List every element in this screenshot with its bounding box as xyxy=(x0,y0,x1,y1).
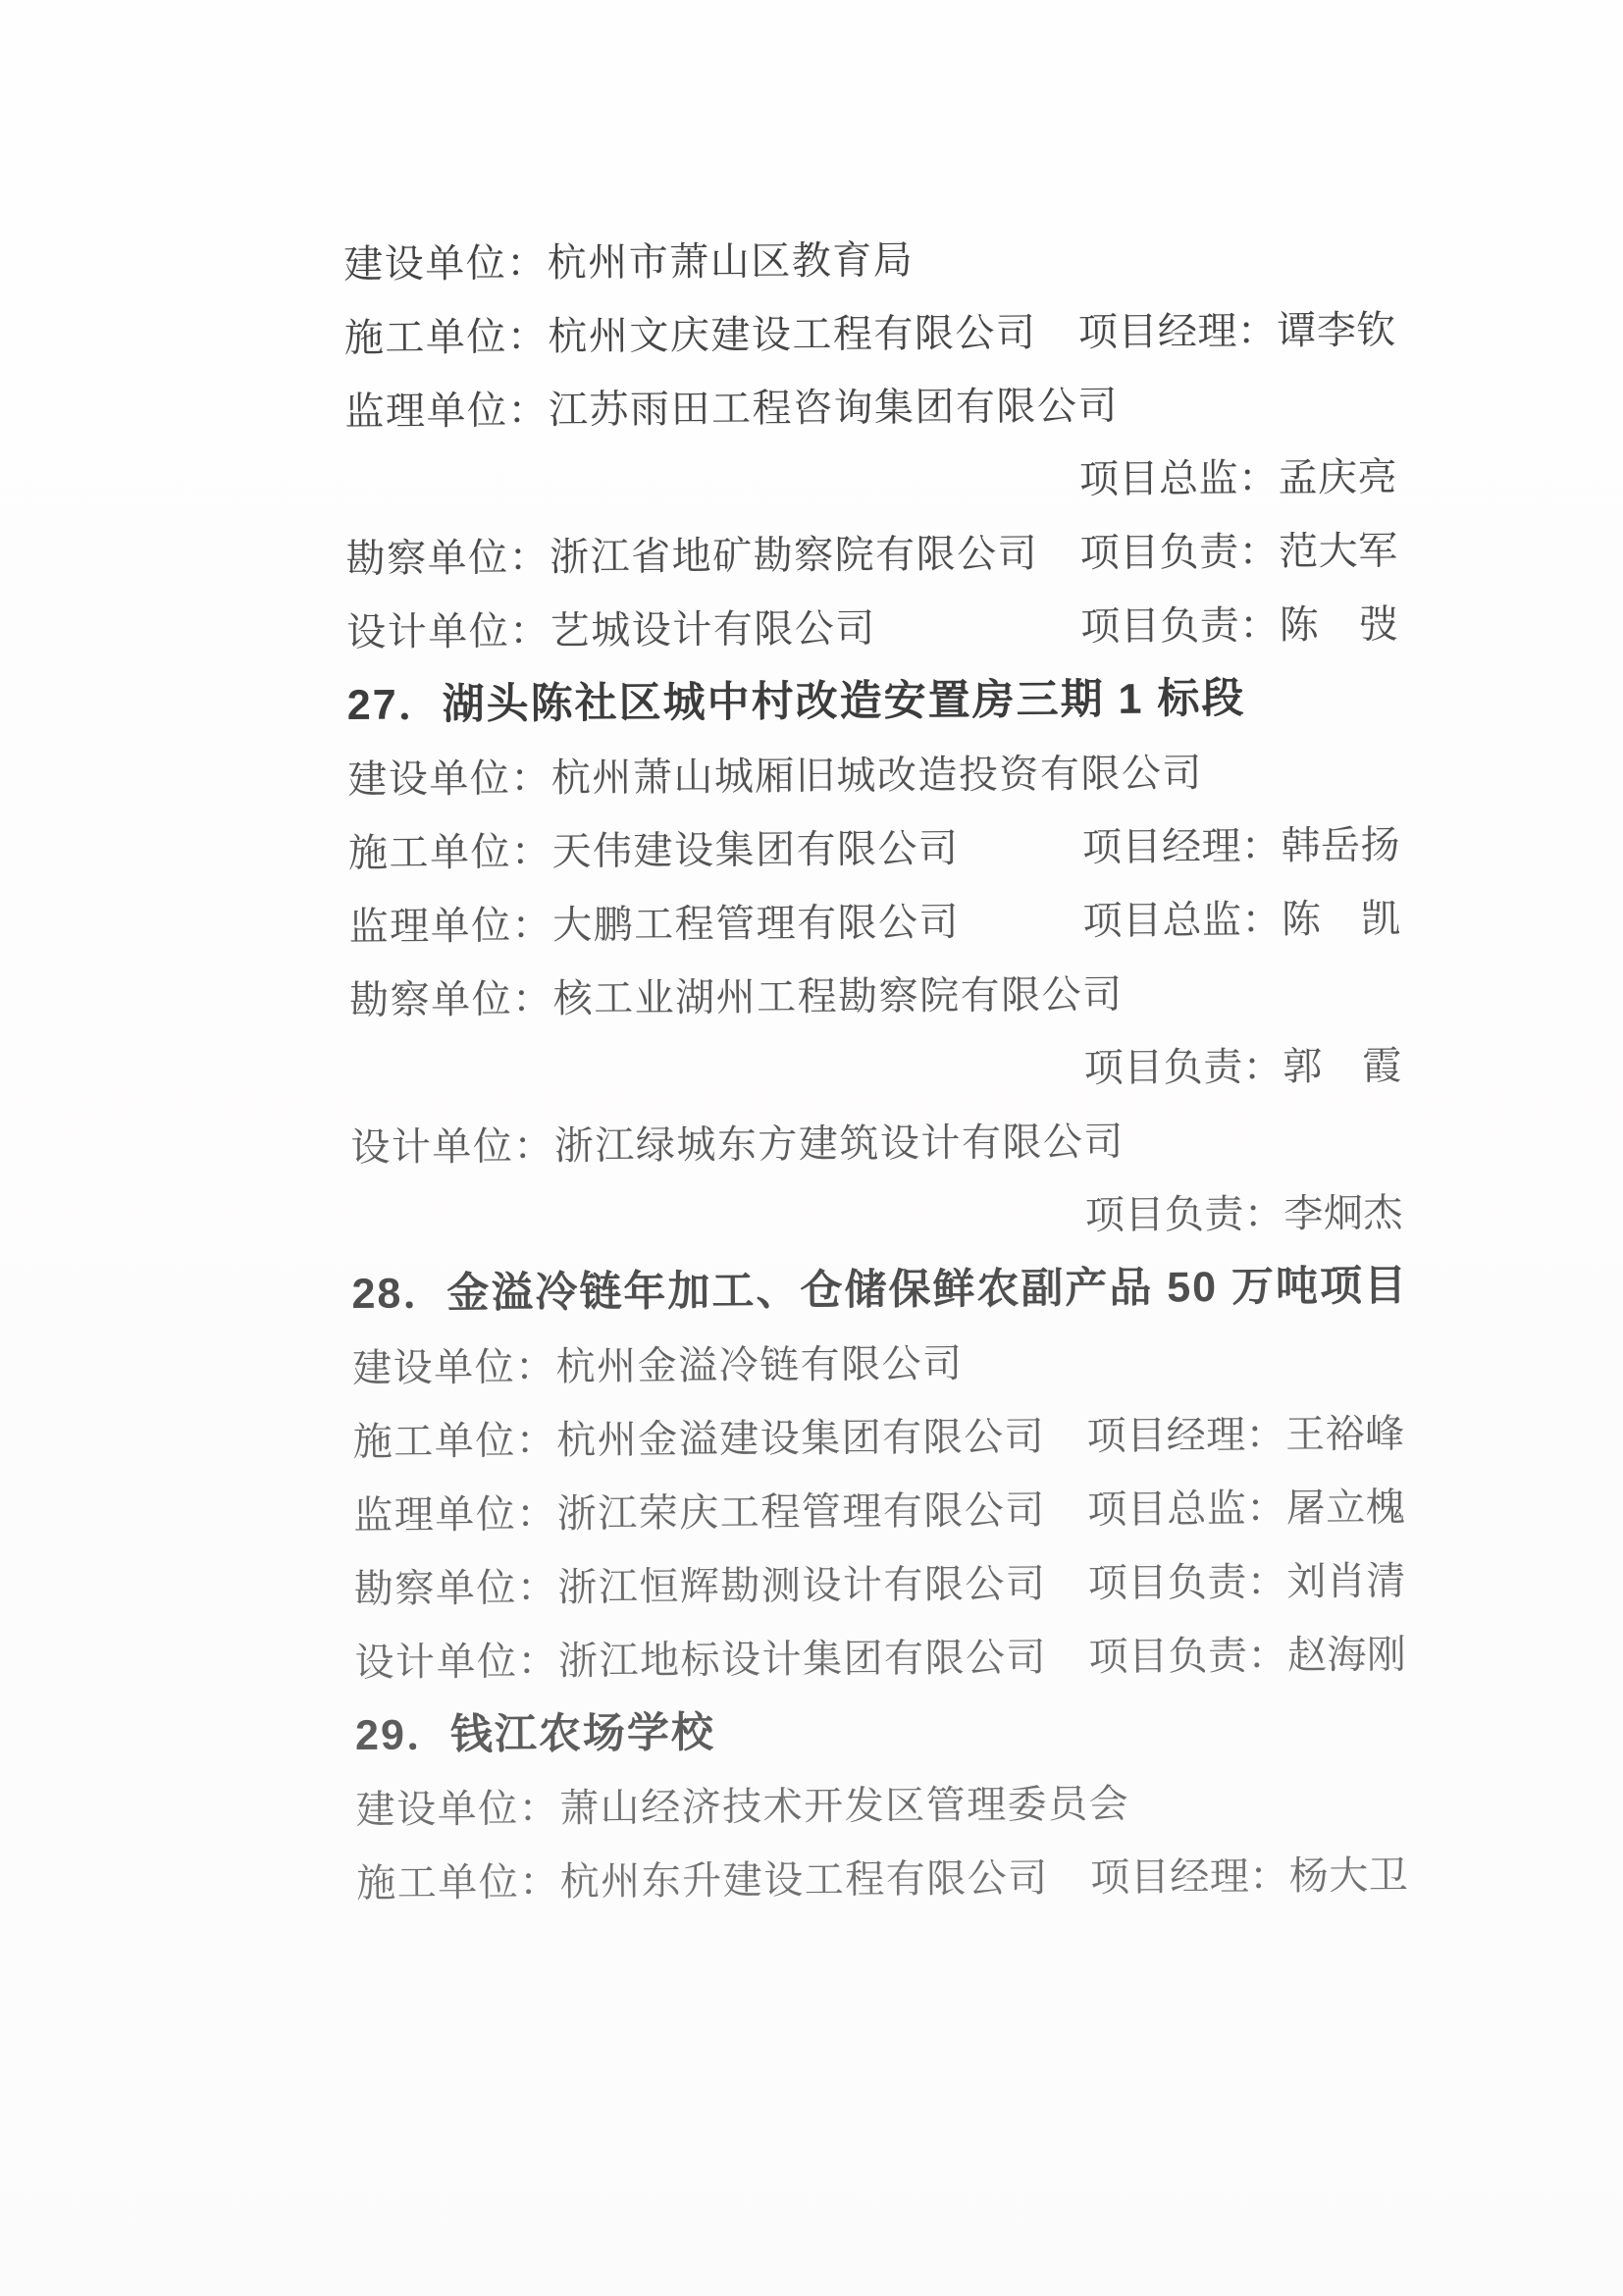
unit-text: 勘察单位：浙江省地矿勘察院有限公司 xyxy=(345,516,1038,596)
project-heading: 27．湖头陈社区城中村改造安置房三期 1 标段 xyxy=(347,660,1496,743)
person-text: 项目负责：陈 弢 xyxy=(1080,588,1399,664)
project-row: 设计单位：艺城设计有限公司 项目负责：陈 弢 xyxy=(346,587,1495,669)
project-heading-text: 28．金溢冷链年加工、仓储保鲜农副产品 50 万吨项目 xyxy=(351,1250,1408,1331)
unit-text: 建设单位：杭州萧山城厢旧城改造投资有限公司 xyxy=(347,736,1203,816)
project-row: 设计单位：浙江地标设计集团有限公司 项目负责：赵海刚 xyxy=(354,1617,1503,1699)
person-text: 项目总监：陈 凯 xyxy=(1082,882,1401,959)
project-row: 监理单位：浙江荣庆工程管理有限公司 项目总监：屠立槐 xyxy=(353,1470,1502,1552)
project-row: 监理单位：大鹏工程管理有限公司 项目总监：陈 凯 xyxy=(348,881,1497,964)
project-heading: 29．钱江农场学校 xyxy=(355,1691,1504,1773)
person-text: 项目负责：郭 霞 xyxy=(1083,1029,1402,1106)
unit-text: 建设单位：杭州金溢冷链有限公司 xyxy=(352,1327,964,1405)
unit-text: 建设单位：萧山经济技术开发区管理委员会 xyxy=(355,1767,1129,1847)
unit-text: 勘察单位：浙江恒辉勘测设计有限公司 xyxy=(354,1546,1047,1626)
project-row: 施工单位：杭州金溢建设集团有限公司 项目经理：王裕峰 xyxy=(352,1396,1501,1479)
project-row: 建设单位：杭州市萧山区教育局 xyxy=(343,219,1492,301)
unit-text: 勘察单位：核工业湖州工程勘察院有限公司 xyxy=(349,958,1124,1037)
person-text: 项目负责：刘肖清 xyxy=(1088,1544,1407,1621)
person-text: 项目负责：赵海刚 xyxy=(1088,1618,1407,1695)
project-row: 项目总监：孟庆亮 xyxy=(345,440,1494,522)
project-row: 施工单位：杭州东升建设工程有限公司 项目经理：杨大卫 xyxy=(356,1838,1505,1920)
unit-text: 施工单位：杭州文庆建设工程有限公司 xyxy=(344,295,1037,375)
unit-text: 监理单位：江苏雨田工程咨询集团有限公司 xyxy=(344,369,1119,448)
person-text: 项目总监：孟庆亮 xyxy=(1079,441,1398,517)
person-text: 项目总监：屠立槐 xyxy=(1087,1471,1406,1547)
document-content: 建设单位：杭州市萧山区教育局 施工单位：杭州文庆建设工程有限公司 项目经理：谭李… xyxy=(343,219,1505,1920)
unit-text: 监理单位：浙江荣庆工程管理有限公司 xyxy=(353,1473,1046,1552)
person-text: 项目经理：谭李钦 xyxy=(1078,293,1397,370)
project-row: 监理单位：江苏雨田工程咨询集团有限公司 xyxy=(344,366,1493,448)
unit-text: 施工单位：杭州东升建设工程有限公司 xyxy=(356,1841,1049,1920)
project-row: 项目负责：郭 霞 xyxy=(349,1028,1498,1111)
project-row: 项目负责：李炯杰 xyxy=(351,1175,1500,1258)
person-text: 项目负责：范大军 xyxy=(1079,514,1398,591)
unit-text: 设计单位：艺城设计有限公司 xyxy=(346,592,876,669)
project-row: 建设单位：杭州萧山城厢旧城改造投资有限公司 xyxy=(347,734,1496,816)
project-row: 建设单位：萧山经济技术开发区管理委员会 xyxy=(355,1764,1504,1847)
project-row: 设计单位：浙江绿城东方建筑设计有限公司 xyxy=(350,1102,1499,1184)
project-heading-text: 29．钱江农场学校 xyxy=(355,1696,715,1773)
project-row: 勘察单位：浙江恒辉勘测设计有限公司 项目负责：刘肖清 xyxy=(354,1543,1503,1626)
project-heading: 28．金溢冷链年加工、仓储保鲜农副产品 50 万吨项目 xyxy=(351,1249,1500,1331)
project-row: 施工单位：杭州文庆建设工程有限公司 项目经理：谭李钦 xyxy=(344,292,1493,375)
project-row: 勘察单位：浙江省地矿勘察院有限公司 项目负责：范大军 xyxy=(345,513,1494,596)
project-row: 勘察单位：核工业湖州工程勘察院有限公司 xyxy=(349,955,1498,1037)
person-text: 项目经理：韩岳扬 xyxy=(1082,809,1401,885)
person-text: 项目经理：杨大卫 xyxy=(1090,1839,1409,1915)
project-row: 建设单位：杭州金溢冷链有限公司 xyxy=(352,1323,1501,1405)
unit-text: 建设单位：杭州市萧山区教育局 xyxy=(343,223,915,301)
project-row: 施工单位：天伟建设集团有限公司 项目经理：韩岳扬 xyxy=(348,808,1497,890)
unit-text: 设计单位：浙江地标设计集团有限公司 xyxy=(354,1620,1047,1699)
document-page: 建设单位：杭州市萧山区教育局 施工单位：杭州文庆建设工程有限公司 项目经理：谭李… xyxy=(0,0,1623,2296)
person-text: 项目经理：王裕峰 xyxy=(1086,1397,1405,1474)
unit-text: 施工单位：天伟建设集团有限公司 xyxy=(348,811,960,890)
project-heading-text: 27．湖头陈社区城中村改造安置房三期 1 标段 xyxy=(347,662,1246,743)
unit-text: 监理单位：大鹏工程管理有限公司 xyxy=(348,885,960,964)
unit-text: 施工单位：杭州金溢建设集团有限公司 xyxy=(352,1399,1045,1479)
unit-text: 设计单位：浙江绿城东方建筑设计有限公司 xyxy=(350,1105,1125,1184)
person-text: 项目负责：李炯杰 xyxy=(1085,1176,1404,1253)
